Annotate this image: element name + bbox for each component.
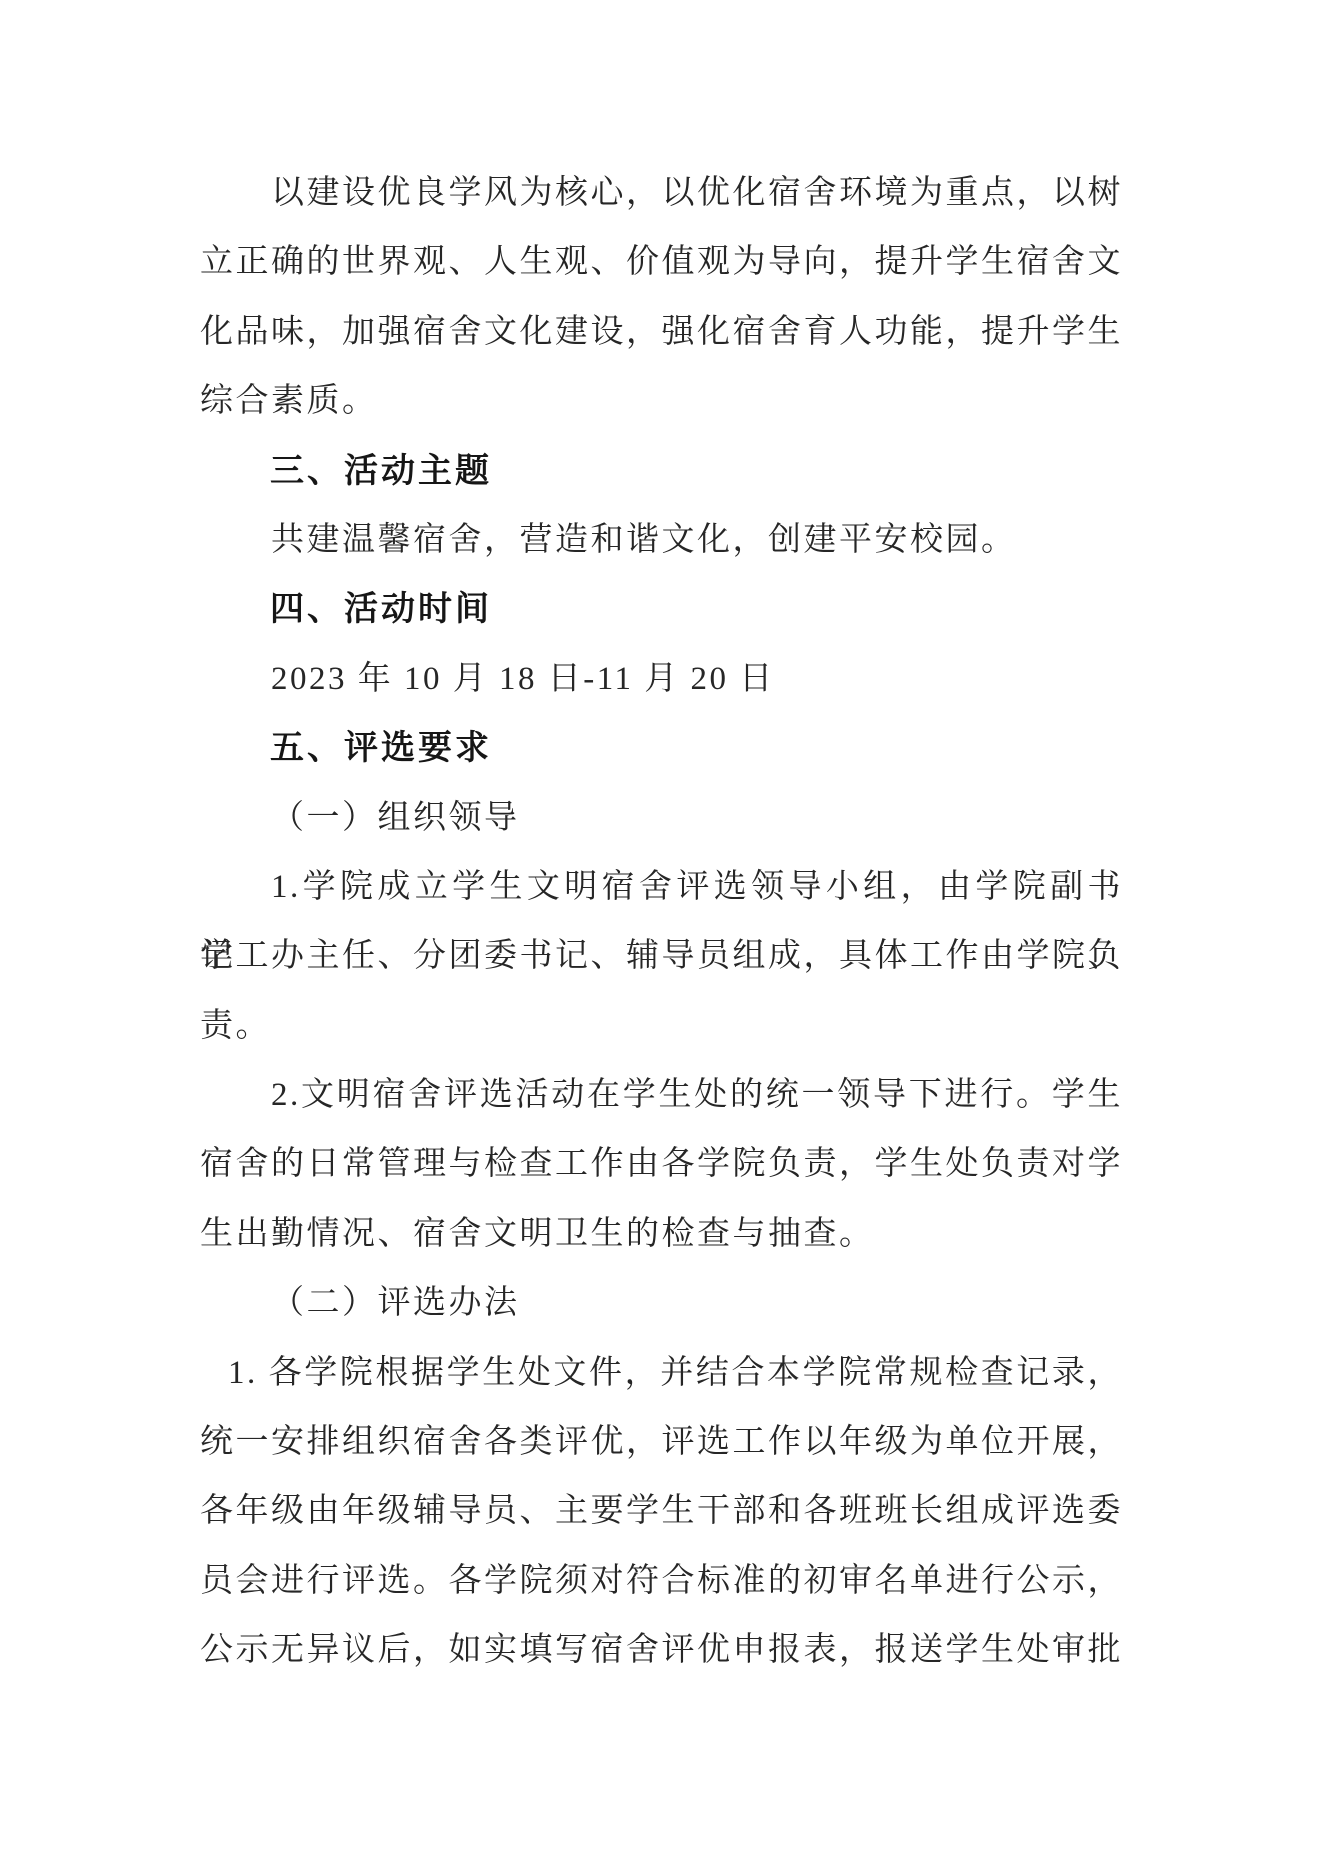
text-line: 统一安排组织宿舍各类评优，评选工作以年级为单位开展， [200, 1408, 1123, 1477]
section-heading-theme: 三、活动主题 [200, 437, 1123, 506]
method-paragraph-1: 1. 各学院根据学生处文件，并结合本学院常规检查记录，统一安排组织宿舍各类评优，… [200, 1339, 1123, 1686]
text-line: （二）评选办法 [200, 1269, 1123, 1338]
time-paragraph: 2023 年 10 月 18 日-11 月 20 日 [200, 645, 1123, 714]
text-line: 以建设优良学风为核心，以优化宿舍环境为重点，以树 [200, 159, 1123, 228]
organization-paragraph-2: 2.文明宿舍评选活动在学生处的统一领导下进行。学生宿舍的日常管理与检查工作由各学… [200, 1061, 1123, 1269]
section-heading-requirements: 五、评选要求 [200, 714, 1123, 783]
text-line: 2.文明宿舍评选活动在学生处的统一领导下进行。学生 [200, 1061, 1123, 1130]
text-line: 2023 年 10 月 18 日-11 月 20 日 [200, 645, 1123, 714]
text-line: 责。 [200, 992, 1123, 1061]
text-line: 员会进行评选。各学院须对符合标准的初审名单进行公示， [200, 1547, 1123, 1616]
text-line: 五、评选要求 [200, 714, 1123, 783]
text-line: 三、活动主题 [200, 437, 1123, 506]
section-heading-time: 四、活动时间 [200, 575, 1123, 644]
text-line: 共建温馨宿舍，营造和谐文化，创建平安校园。 [200, 506, 1123, 575]
document-page: 以建设优良学风为核心，以优化宿舍环境为重点，以树立正确的世界观、人生观、价值观为… [0, 0, 1323, 1871]
text-line: 四、活动时间 [200, 575, 1123, 644]
text-line: 公示无异议后，如实填写宿舍评优申报表，报送学生处审批 [200, 1616, 1123, 1685]
text-line: 1. 各学院根据学生处文件，并结合本学院常规检查记录， [200, 1339, 1123, 1408]
text-line: （一）组织领导 [200, 784, 1123, 853]
text-line: 生出勤情况、宿舍文明卫生的检查与抽查。 [200, 1200, 1123, 1269]
organization-paragraph-1: 1.学院成立学生文明宿舍评选领导小组，由学院副书记、学工办主任、分团委书记、辅导… [200, 853, 1123, 1061]
text-line: 宿舍的日常管理与检查工作由各学院负责，学生处负责对学 [200, 1130, 1123, 1199]
document-body: 以建设优良学风为核心，以优化宿舍环境为重点，以树立正确的世界观、人生观、价值观为… [200, 159, 1123, 1686]
text-line: 综合素质。 [200, 367, 1123, 436]
text-line: 立正确的世界观、人生观、价值观为导向，提升学生宿舍文 [200, 228, 1123, 297]
text-line: 1.学院成立学生文明宿舍评选领导小组，由学院副书记、 [200, 853, 1123, 922]
text-line: 学工办主任、分团委书记、辅导员组成，具体工作由学院负 [200, 922, 1123, 991]
text-line: 化品味，加强宿舍文化建设，强化宿舍育人功能，提升学生 [200, 298, 1123, 367]
intro-paragraph: 以建设优良学风为核心，以优化宿舍环境为重点，以树立正确的世界观、人生观、价值观为… [200, 159, 1123, 437]
subsection-heading-method: （二）评选办法 [200, 1269, 1123, 1338]
theme-paragraph: 共建温馨宿舍，营造和谐文化，创建平安校园。 [200, 506, 1123, 575]
text-line: 各年级由年级辅导员、主要学生干部和各班班长组成评选委 [200, 1477, 1123, 1546]
subsection-heading-organization: （一）组织领导 [200, 784, 1123, 853]
